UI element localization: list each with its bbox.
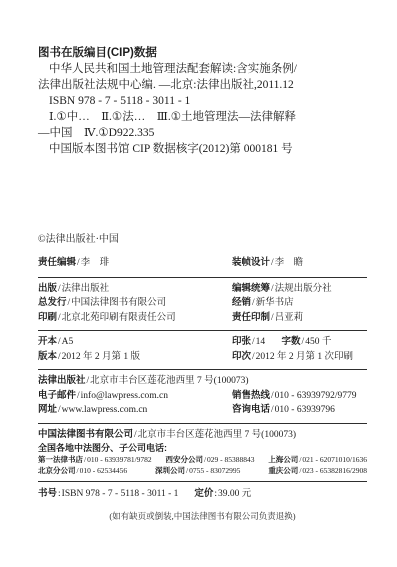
branch-shenzhen: 深圳公司/0755 - 83072995 [155,465,240,476]
cover-designer: 装帧设计/李 瞻 [232,256,367,271]
price-field: 定价:39.00 元 [194,487,251,501]
branch-first-law-bookstore: 第一法律书店/010 - 63939781/9782 [38,454,152,465]
sales-hotline-field: 销售热线/010 - 63939792/9779 [232,389,367,404]
divider-1 [38,277,367,278]
publisher-address: 法律出版社/北京市丰台区莲花池西里 7 号(100073) [38,374,367,389]
cip-classification-line1: Ⅰ.①中… Ⅱ.①法… Ⅲ.①土地管理法—法律解释 [38,109,367,125]
branch-row-1: 第一法律书店/010 - 63939781/9782 西安分公司/029 - 8… [38,454,367,465]
distributor-address: 中国法律图书有限公司/北京市丰台区莲花池西里 7 号(100073) [38,428,367,443]
page-content: 图书在版编目(CIP)数据 中华人民共和国土地管理法配套解读:含实施条例/ 法律… [38,45,367,522]
branch-chongqing: 重庆公司/023 - 65382816/2908 [268,465,367,476]
printing-run-field: 印次/2012 年 2 月第 1 次印刷 [232,350,367,365]
book-number-field: 书号:ISBN 978 - 7 - 5118 - 3011 - 1 [38,487,178,501]
production-row-distribution: 总发行/中国法律图书有限公司 经销/新华书店 [38,296,367,311]
publisher-field: 出版/法律出版社 [38,282,232,297]
cip-header: 图书在版编目(CIP)数据 [38,45,367,61]
general-distributor-field: 总发行/中国法律图书有限公司 [38,296,232,311]
publisher-contact-block: 法律出版社/北京市丰台区莲花池西里 7 号(100073) 电子邮件/info@… [38,372,367,421]
branch-beijing: 北京分公司/010 - 62534456 [38,465,127,476]
copyright-line: ©法律出版社·中国 [38,233,367,246]
responsible-editor: 责任编辑/李 琲 [38,256,232,271]
credits-row: 责任编辑/李 琲 装帧设计/李 瞻 [38,256,367,275]
cip-description-line1: 中华人民共和国土地管理法配套解读:含实施条例/ [38,61,367,77]
divider-5 [38,481,367,482]
branch-shanghai: 上海公司/021 - 62071010/1636 [268,454,367,465]
branch-xian: 西安分公司/029 - 85388843 [165,454,254,465]
branch-phones-title: 全国各地中法图分、子公司电话: [38,442,367,454]
trim-size-field: 开本/A5 [38,335,232,350]
format-row-1-right: 印张/14 字数/450 千 [232,335,367,350]
print-supervisor-field: 责任印制/吕亚莉 [232,311,367,326]
format-row-1: 开本/A5 印张/14 字数/450 千 [38,335,367,350]
publisher-contact-row-2: 网址/www.lawpress.com.cn 咨询电话/010 - 639397… [38,403,367,418]
inquiry-phone-field: 咨询电话/010 - 63939796 [232,403,367,418]
copyright-page: 图书在版编目(CIP)数据 中华人民共和国土地管理法配套解读:含实施条例/ 法律… [0,0,397,567]
production-row-printing: 印刷/北京北苑印刷有限责任公司 责任印制/吕亚莉 [38,311,367,326]
email-field: 电子邮件/info@lawpress.com.cn [38,389,232,404]
divider-4 [38,423,367,424]
production-row-publish: 出版/法律出版社 编辑统筹/法规出版分社 [38,282,367,297]
divider-3 [38,369,367,370]
edition-field: 版本/2012 年 2 月第 1 版 [38,350,232,365]
format-row-2: 版本/2012 年 2 月第 1 版 印次/2012 年 2 月第 1 次印刷 [38,350,367,365]
publisher-contact-row-1: 电子邮件/info@lawpress.com.cn 销售热线/010 - 639… [38,389,367,404]
sheets-field: 印张/14 [232,337,265,347]
cip-classification-line2: —中国 Ⅳ.①D922.335 [38,125,367,141]
distributor-block: 中国法律图书有限公司/北京市丰台区莲花池西里 7 号(100073) 全国各地中… [38,426,367,480]
word-count-field: 字数/450 千 [282,337,332,347]
cip-description-line2: 法律出版社法规中心编. —北京:法律出版社,2011.12 [38,77,367,93]
cip-section: 图书在版编目(CIP)数据 中华人民共和国土地管理法配套解读:含实施条例/ 法律… [38,45,367,157]
format-block: 开本/A5 印张/14 字数/450 千 版本/2012 年 2 月第 1 版 … [38,333,367,367]
price-row: 书号:ISBN 978 - 7 - 5118 - 3011 - 1 定价:39.… [38,487,367,501]
replacement-note: (如有缺页或倒装,中国法律图书有限公司负责退换) [38,510,367,522]
cip-record-number: 中国版本图书馆 CIP 数据核字(2012)第 000181 号 [38,141,367,157]
spacer [178,487,194,501]
production-block: 出版/法律出版社 编辑统筹/法规出版分社 总发行/中国法律图书有限公司 经销/新… [38,280,367,329]
cip-isbn: ISBN 978 - 7 - 5118 - 3011 - 1 [38,93,367,109]
printer-field: 印刷/北京北苑印刷有限责任公司 [38,311,232,326]
seller-field: 经销/新华书店 [232,296,367,311]
website-field: 网址/www.lawpress.com.cn [38,403,232,418]
branch-row-2: 北京分公司/010 - 62534456 深圳公司/0755 - 8307299… [38,465,367,476]
editing-coordination-field: 编辑统筹/法规出版分社 [232,282,367,297]
divider-2 [38,330,367,331]
